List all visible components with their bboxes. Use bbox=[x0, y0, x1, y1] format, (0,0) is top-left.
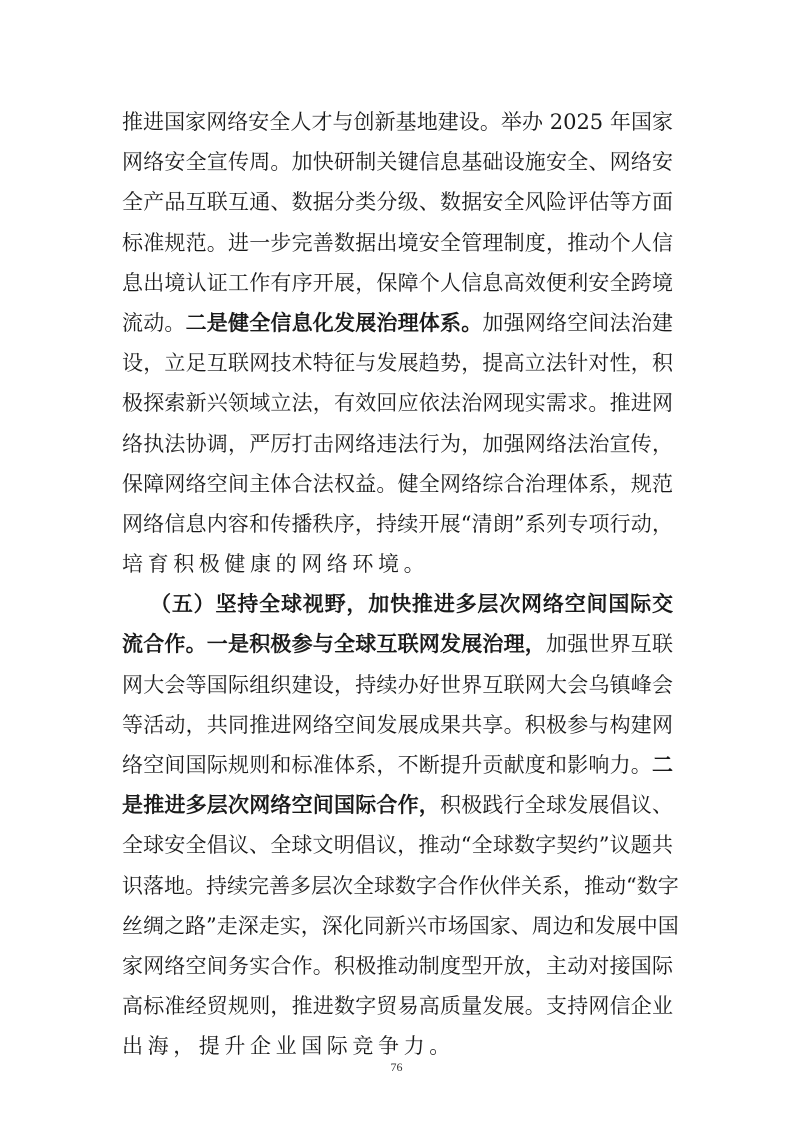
text-line: 络空间国际规则和标准体系，不断提升贡献度和影响力。二 bbox=[122, 745, 673, 785]
text-line: 识落地。持续完善多层次全球数字合作伙伴关系，推动“数字 bbox=[122, 866, 673, 906]
body-text-run: 家网络空间务实合作。积极推动制度型开放，主动对接国际 bbox=[122, 954, 673, 978]
body-text-run: 加强网络空间法治建 bbox=[482, 311, 673, 335]
text-line: 家网络空间务实合作。积极推动制度型开放，主动对接国际 bbox=[122, 946, 673, 986]
text-line: 络执法协调，严厉打击网络违法行为，加强网络法治宣传， bbox=[122, 424, 673, 464]
bold-heading-text: 流合作。一是积极参与全球互联网发展治理， bbox=[122, 632, 546, 656]
text-line: 全产品互联互通、数据分类分级、数据安全风险评估等方面 bbox=[122, 182, 673, 222]
body-text-run: 络执法协调，严厉打击网络违法行为，加强网络法治宣传， bbox=[122, 432, 673, 456]
body-text-run: 网络信息内容和传播秩序，持续开展“清朗”系列专项行动， bbox=[122, 512, 673, 536]
body-text-run: 流动。 bbox=[122, 311, 186, 335]
text-line: 网络信息内容和传播秩序，持续开展“清朗”系列专项行动， bbox=[122, 504, 673, 544]
body-text-run: 设，立足互联网技术特征与发展趋势，提高立法针对性，积 bbox=[122, 351, 673, 375]
body-text-run: 出海，提升企业国际竞争力。 bbox=[122, 1034, 455, 1058]
bold-heading-text: 二是健全信息化发展治理体系。 bbox=[186, 311, 483, 335]
text-line: 标准规范。进一步完善数据出境安全管理制度，推动个人信 bbox=[122, 223, 673, 263]
body-text-run: 高标准经贸规则，推进数字贸易高质量发展。支持网信企业 bbox=[122, 994, 673, 1018]
text-line: 流动。二是健全信息化发展治理体系。加强网络空间法治建 bbox=[122, 303, 673, 343]
bold-heading-text: 二 bbox=[652, 753, 673, 777]
text-line: 丝绸之路”走深走实，深化同新兴市场国家、周边和发展中国 bbox=[122, 906, 673, 946]
body-text-run: 积极践行全球发展倡议、 bbox=[440, 793, 673, 817]
body-text-run: 推进国家网络安全人才与创新基地建设。举办 2025 年国家 bbox=[122, 110, 673, 134]
text-line: 极探索新兴领域立法，有效回应依法治网现实需求。推进网 bbox=[122, 383, 673, 423]
body-text-run: 全产品互联互通、数据分类分级、数据安全风险评估等方面 bbox=[122, 190, 673, 214]
body-text-run: 息出境认证工作有序开展，保障个人信息高效便利安全跨境 bbox=[122, 271, 673, 295]
body-text-run: 全球安全倡议、全球文明倡议，推动“全球数字契约”议题共 bbox=[122, 833, 673, 857]
text-line: 网大会等国际组织建设，持续办好世界互联网大会乌镇峰会 bbox=[122, 665, 673, 705]
bold-heading-text: 是推进多层次网络空间国际合作， bbox=[122, 793, 440, 817]
body-text-run: 等活动，共同推进网络空间发展成果共享。积极参与构建网 bbox=[122, 713, 673, 737]
body-text-run: 网大会等国际组织建设，持续办好世界互联网大会乌镇峰会 bbox=[122, 673, 673, 697]
text-line: （五）坚持全球视野，加快推进多层次网络空间国际交 bbox=[122, 584, 673, 624]
text-line: 息出境认证工作有序开展，保障个人信息高效便利安全跨境 bbox=[122, 263, 673, 303]
text-line: 全球安全倡议、全球文明倡议，推动“全球数字契约”议题共 bbox=[122, 825, 673, 865]
body-text-run: 识落地。持续完善多层次全球数字合作伙伴关系，推动“数字 bbox=[122, 874, 679, 898]
body-text-run: 丝绸之路”走深走实，深化同新兴市场国家、周边和发展中国 bbox=[122, 914, 679, 938]
text-line: 网络安全宣传周。加快研制关键信息基础设施安全、网络安 bbox=[122, 142, 673, 182]
body-text-run: 标准规范。进一步完善数据出境安全管理制度，推动个人信 bbox=[122, 231, 673, 255]
text-line: 设，立足互联网技术特征与发展趋势，提高立法针对性，积 bbox=[122, 343, 673, 383]
text-line: 是推进多层次网络空间国际合作，积极践行全球发展倡议、 bbox=[122, 785, 673, 825]
text-line: 培育积极健康的网络环境。 bbox=[122, 544, 673, 584]
body-text-run: 网络安全宣传周。加快研制关键信息基础设施安全、网络安 bbox=[122, 150, 673, 174]
body-text-run: 培育积极健康的网络环境。 bbox=[122, 552, 429, 576]
body-text: 推进国家网络安全人才与创新基地建设。举办 2025 年国家网络安全宣传周。加快研… bbox=[122, 102, 673, 1067]
document-page: 推进国家网络安全人才与创新基地建设。举办 2025 年国家网络安全宣传周。加快研… bbox=[0, 0, 793, 1122]
page-number: 76 bbox=[0, 1060, 793, 1075]
text-line: 推进国家网络安全人才与创新基地建设。举办 2025 年国家 bbox=[122, 102, 673, 142]
body-text-run: 保障网络空间主体合法权益。健全网络综合治理体系，规范 bbox=[122, 472, 673, 496]
bold-heading-text: （五）坚持全球视野，加快推进多层次网络空间国际交 bbox=[150, 592, 673, 616]
text-line: 高标准经贸规则，推进数字贸易高质量发展。支持网信企业 bbox=[122, 986, 673, 1026]
text-line: 流合作。一是积极参与全球互联网发展治理，加强世界互联 bbox=[122, 624, 673, 664]
body-text-run: 加强世界互联 bbox=[546, 632, 673, 656]
text-line: 等活动，共同推进网络空间发展成果共享。积极参与构建网 bbox=[122, 705, 673, 745]
body-text-run: 络空间国际规则和标准体系，不断提升贡献度和影响力。 bbox=[122, 753, 652, 777]
text-line: 保障网络空间主体合法权益。健全网络综合治理体系，规范 bbox=[122, 464, 673, 504]
body-text-run: 极探索新兴领域立法，有效回应依法治网现实需求。推进网 bbox=[122, 391, 673, 415]
